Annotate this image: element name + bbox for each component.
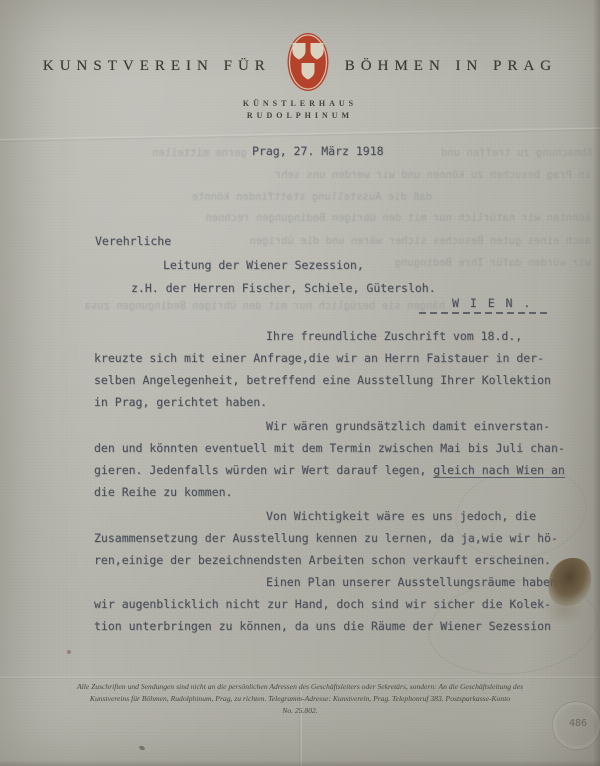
body-line: selben Angelegenheit, betreffend eine Au… bbox=[94, 369, 554, 391]
recipient-line2: z.H. der Herren Fischer, Schiele, Güters… bbox=[131, 277, 436, 299]
recipient-salutation: Verehrliche bbox=[95, 230, 171, 252]
recipient-city: W I E N . bbox=[452, 292, 532, 314]
city-dashed-underline bbox=[419, 312, 549, 314]
body-line: gieren. Jedenfalls würden wir Wert darau… bbox=[94, 459, 554, 481]
footer-imprint: Alle Zuschriften und Sendungen sind nich… bbox=[30, 681, 570, 717]
paragraph-3: Von Wichtigkeit wäre es uns jedoch, die … bbox=[94, 505, 554, 571]
body-line: wir augenblicklich nicht zur Hand, doch … bbox=[94, 593, 554, 615]
body-line: Wir wären grundsätzlich damit einverstan… bbox=[94, 415, 554, 437]
body-line: Zusammensetzung der Ausstellung kennen z… bbox=[94, 527, 554, 549]
body-line-segment: gieren. Jedenfalls würden wir Wert darau… bbox=[94, 463, 433, 477]
paper-speck bbox=[67, 650, 71, 654]
body-line: Ihre freundliche Zuschrift vom 18.d., bbox=[94, 325, 554, 347]
letterhead-subtitle: KÜNSTLERHAUS RUDOLPHINUM bbox=[0, 98, 600, 122]
body-line: die Reihe zu kommen. bbox=[94, 481, 554, 503]
house-name-line1: KÜNSTLERHAUS bbox=[0, 98, 600, 110]
three-shields-oval-emblem-icon bbox=[287, 32, 329, 92]
bleedthrough-line: in Prag besuchen zu können und wir werde… bbox=[35, 168, 591, 182]
paragraph-4: Einen Plan unserer Ausstellungsräume hab… bbox=[94, 571, 554, 637]
body-line: kreuzte sich mit einer Anfrage,die wir a… bbox=[94, 347, 554, 369]
paragraph-2: Wir wären grundsätzlich damit einverstan… bbox=[94, 415, 554, 503]
corner-number-annotation: 486 bbox=[569, 718, 587, 729]
body-line: Einen Plan unserer Ausstellungsräume hab… bbox=[94, 571, 554, 593]
imprint-line1: Alle Zuschriften und Sendungen sind nich… bbox=[30, 681, 570, 693]
bleedthrough-line: Abmachung zu treffen und wir erwarten bbox=[438, 146, 593, 160]
bleedthrough-line: wir würden dafür Ihre Bedingungen betref… bbox=[395, 256, 591, 270]
recipient-line1: Leitung der Wiener Sezession, bbox=[163, 254, 364, 276]
body-line: den und könnten eventuell mit dem Termin… bbox=[94, 437, 554, 459]
org-name-right: BÖHMEN IN PRAG bbox=[345, 58, 557, 75]
underlined-phrase: gleich nach Wien an bbox=[433, 463, 565, 478]
bleedthrough-line: hängen sie bezüglich nur mit den übrigen… bbox=[85, 299, 445, 313]
bleedthrough-line: daß die Ausstellung stattfinden könnte bbox=[160, 190, 432, 204]
house-name-line2: RUDOLPHINUM bbox=[0, 110, 600, 122]
body-line: ren,einige der bezeichnendsten Arbeiten … bbox=[94, 549, 554, 571]
imprint-line3: No. 25.802. bbox=[30, 705, 570, 717]
bleedthrough-line: gerne mitteilen bbox=[35, 146, 247, 160]
body-line: Von Wichtigkeit wäre es uns jedoch, die bbox=[94, 505, 554, 527]
paragraph-1: Ihre freundliche Zuschrift vom 18.d., kr… bbox=[94, 325, 554, 413]
org-name-left: KUNSTVEREIN FÜR bbox=[43, 58, 271, 75]
body-line: in Prag, gerichtet haben. bbox=[94, 391, 554, 413]
body-line: tion unterbringen zu können, da uns die … bbox=[94, 615, 554, 637]
bleedthrough-line: auch eines guten Besuches sicher wären u… bbox=[225, 234, 591, 248]
bleedthrough-line: könnten wir natürlich nur mit den übrige… bbox=[35, 211, 591, 225]
paper-speck bbox=[138, 745, 145, 751]
dateline: Prag, 27. März 1918 bbox=[252, 140, 384, 162]
scan-edge-shadow-bottom bbox=[0, 760, 600, 766]
ink-stain-halo bbox=[543, 592, 585, 626]
letter-scan: gerne mitteilen Abmachung zu treffen und… bbox=[0, 0, 600, 766]
letterhead: KUNSTVEREIN FÜR BÖHMEN IN PRAG bbox=[0, 40, 600, 92]
imprint-line2: Kunstvereins für Böhmen, Rudolphinum, Pr… bbox=[30, 693, 570, 705]
